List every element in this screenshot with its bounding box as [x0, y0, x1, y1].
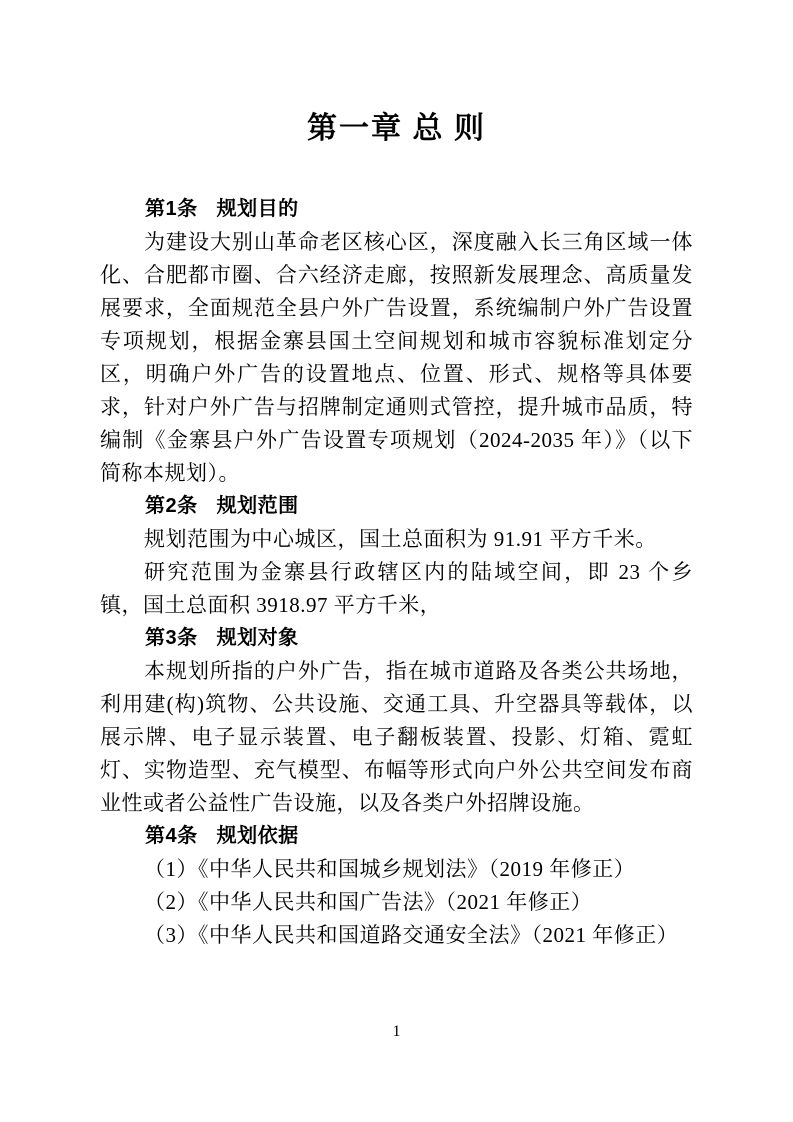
- chapter-title: 第一章 总 则: [100, 105, 693, 153]
- article-3: 第3条规划对象 本规划所指的户外广告，指在城市道路及各类公共场地，利用建(构)筑…: [100, 622, 693, 820]
- article-number: 第2条: [145, 495, 198, 517]
- article-number: 第4条: [145, 825, 198, 847]
- paragraph: 规划范围为中心城区，国土总面积为 91.91 平方千米。: [100, 523, 693, 556]
- article-1-heading: 第1条规划目的: [100, 193, 693, 226]
- article-4: 第4条规划依据 （1）《中华人民共和国城乡规划法》（2019 年修正） （2）《…: [100, 820, 693, 952]
- paragraph: 为建设大别山革命老区核心区，深度融入长三角区域一体化、合肥都市圈、合六经济走廊，…: [100, 226, 693, 490]
- article-1: 第1条规划目的 为建设大别山革命老区核心区，深度融入长三角区域一体化、合肥都市圈…: [100, 193, 693, 490]
- article-number: 第3条: [145, 627, 198, 649]
- page-number: 1: [0, 1022, 793, 1042]
- paragraph: 本规划所指的户外广告，指在城市道路及各类公共场地，利用建(构)筑物、公共设施、交…: [100, 655, 693, 820]
- article-2-heading: 第2条规划范围: [100, 490, 693, 523]
- article-4-heading: 第4条规划依据: [100, 820, 693, 853]
- article-title: 规划对象: [217, 627, 299, 649]
- article-2: 第2条规划范围 规划范围为中心城区，国土总面积为 91.91 平方千米。 研究范…: [100, 490, 693, 622]
- article-3-heading: 第3条规划对象: [100, 622, 693, 655]
- article-title: 规划依据: [217, 825, 299, 847]
- article-title: 规划目的: [217, 198, 299, 220]
- reference-item: （3）《中华人民共和国道路交通安全法》（2021 年修正）: [100, 919, 693, 952]
- document-page: 第一章 总 则 第1条规划目的 为建设大别山革命老区核心区，深度融入长三角区域一…: [0, 0, 793, 1122]
- article-title: 规划范围: [217, 495, 299, 517]
- reference-item: （2）《中华人民共和国广告法》（2021 年修正）: [100, 886, 693, 919]
- article-number: 第1条: [145, 198, 198, 220]
- paragraph: 研究范围为金寨县行政辖区内的陆域空间，即 23 个乡镇，国土总面积 3918.9…: [100, 556, 693, 622]
- reference-item: （1）《中华人民共和国城乡规划法》（2019 年修正）: [100, 853, 693, 886]
